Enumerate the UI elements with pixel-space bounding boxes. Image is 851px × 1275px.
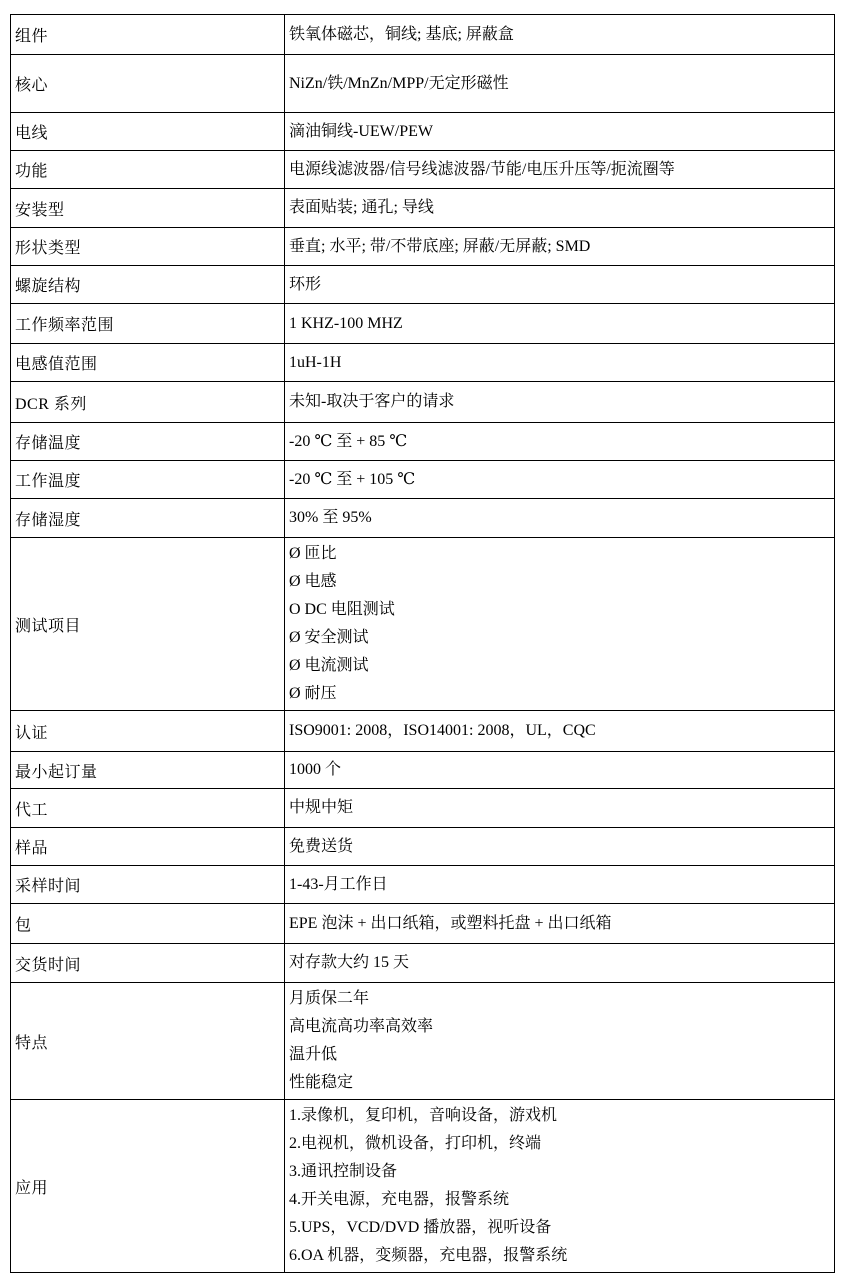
spec-row-applications: 应用 1.录像机，复印机，音响设备，游戏机 2.电视机，微机设备，打印机，终端 …: [11, 1100, 835, 1273]
spec-row-sampling-time: 采样时间 1-43-月工作日: [11, 866, 835, 904]
spec-value: 月质保二年 高电流高功率高效率 温升低 性能稳定: [285, 983, 835, 1100]
spec-row-spiral-structure: 螺旋结构 环形: [11, 266, 835, 304]
spec-label: 核心: [11, 55, 285, 113]
product-spec-table: 组件 铁氧体磁芯，铜线; 基底; 屏蔽盒 核心 NiZn/铁/MnZn/MPP/…: [10, 14, 835, 1273]
spec-label: 认证: [11, 711, 285, 752]
spec-row-function: 功能 电源线滤波器/信号线滤波器/节能/电压升压等/扼流圈等: [11, 151, 835, 189]
spec-value: NiZn/铁/MnZn/MPP/无定形磁性: [285, 55, 835, 113]
spec-label: 包: [11, 904, 285, 944]
spec-label: 工作温度: [11, 461, 285, 499]
spec-value: ISO9001: 2008，ISO14001: 2008，UL，CQC: [285, 711, 835, 752]
spec-label: 测试项目: [11, 538, 285, 711]
spec-label: 交货时间: [11, 944, 285, 983]
spec-value: 1uH-1H: [285, 344, 835, 382]
spec-value: 垂直; 水平; 带/不带底座; 屏蔽/无屏蔽; SMD: [285, 228, 835, 266]
spec-row-certification: 认证 ISO9001: 2008，ISO14001: 2008，UL，CQC: [11, 711, 835, 752]
spec-value: 滴油铜线-UEW/PEW: [285, 113, 835, 151]
spec-row-frequency-range: 工作频率范围 1 KHZ-100 MHZ: [11, 304, 835, 344]
spec-label: 螺旋结构: [11, 266, 285, 304]
spec-label: 组件: [11, 15, 285, 55]
spec-row-features: 特点 月质保二年 高电流高功率高效率 温升低 性能稳定: [11, 983, 835, 1100]
spec-label: 特点: [11, 983, 285, 1100]
spec-row-dcr-series: DCR 系列 未知-取决于客户的请求: [11, 382, 835, 423]
spec-row-shape-type: 形状类型 垂直; 水平; 带/不带底座; 屏蔽/无屏蔽; SMD: [11, 228, 835, 266]
spec-value: 1.录像机，复印机，音响设备，游戏机 2.电视机，微机设备，打印机，终端 3.通…: [285, 1100, 835, 1273]
spec-row-wire: 电线 滴油铜线-UEW/PEW: [11, 113, 835, 151]
spec-row-storage-temperature: 存储温度 -20 ℃ 至 + 85 ℃: [11, 423, 835, 461]
spec-label: 电线: [11, 113, 285, 151]
spec-row-test-items: 测试项目 Ø 匝比 Ø 电感 O DC 电阻测试 Ø 安全测试 Ø 电流测试 Ø…: [11, 538, 835, 711]
spec-value: 30% 至 95%: [285, 499, 835, 538]
spec-label: 存储温度: [11, 423, 285, 461]
spec-label: 电感值范围: [11, 344, 285, 382]
spec-value: 环形: [285, 266, 835, 304]
spec-value: -20 ℃ 至 + 85 ℃: [285, 423, 835, 461]
spec-label: 功能: [11, 151, 285, 189]
spec-row-packaging: 包 EPE 泡沫 + 出口纸箱，或塑料托盘 + 出口纸箱: [11, 904, 835, 944]
spec-label: 形状类型: [11, 228, 285, 266]
spec-value: 未知-取决于客户的请求: [285, 382, 835, 423]
spec-label: 工作频率范围: [11, 304, 285, 344]
spec-label: 采样时间: [11, 866, 285, 904]
spec-value: 表面贴装; 通孔; 导线: [285, 189, 835, 228]
spec-row-operating-temperature: 工作温度 -20 ℃ 至 + 105 ℃: [11, 461, 835, 499]
spec-label: 存储湿度: [11, 499, 285, 538]
spec-row-sample: 样品 免费送货: [11, 828, 835, 866]
spec-label: 最小起订量: [11, 752, 285, 789]
spec-row-inductance-range: 电感值范围 1uH-1H: [11, 344, 835, 382]
spec-label: DCR 系列: [11, 382, 285, 423]
spec-row-delivery-time: 交货时间 对存款大约 15 天: [11, 944, 835, 983]
spec-label: 代工: [11, 789, 285, 828]
spec-value: Ø 匝比 Ø 电感 O DC 电阻测试 Ø 安全测试 Ø 电流测试 Ø 耐压: [285, 538, 835, 711]
spec-label: 应用: [11, 1100, 285, 1273]
spec-value: -20 ℃ 至 + 105 ℃: [285, 461, 835, 499]
spec-row-core: 核心 NiZn/铁/MnZn/MPP/无定形磁性: [11, 55, 835, 113]
spec-label: 安装型: [11, 189, 285, 228]
spec-value: 电源线滤波器/信号线滤波器/节能/电压升压等/扼流圈等: [285, 151, 835, 189]
spec-value: EPE 泡沫 + 出口纸箱，或塑料托盘 + 出口纸箱: [285, 904, 835, 944]
spec-row-components: 组件 铁氧体磁芯，铜线; 基底; 屏蔽盒: [11, 15, 835, 55]
spec-value: 1-43-月工作日: [285, 866, 835, 904]
spec-row-mounting: 安装型 表面贴装; 通孔; 导线: [11, 189, 835, 228]
spec-value: 铁氧体磁芯，铜线; 基底; 屏蔽盒: [285, 15, 835, 55]
spec-row-oem: 代工 中规中矩: [11, 789, 835, 828]
spec-value: 1 KHZ-100 MHZ: [285, 304, 835, 344]
spec-row-moq: 最小起订量 1000 个: [11, 752, 835, 789]
spec-value: 中规中矩: [285, 789, 835, 828]
spec-value: 免费送货: [285, 828, 835, 866]
spec-label: 样品: [11, 828, 285, 866]
spec-value: 对存款大约 15 天: [285, 944, 835, 983]
spec-row-storage-humidity: 存储湿度 30% 至 95%: [11, 499, 835, 538]
spec-value: 1000 个: [285, 752, 835, 789]
